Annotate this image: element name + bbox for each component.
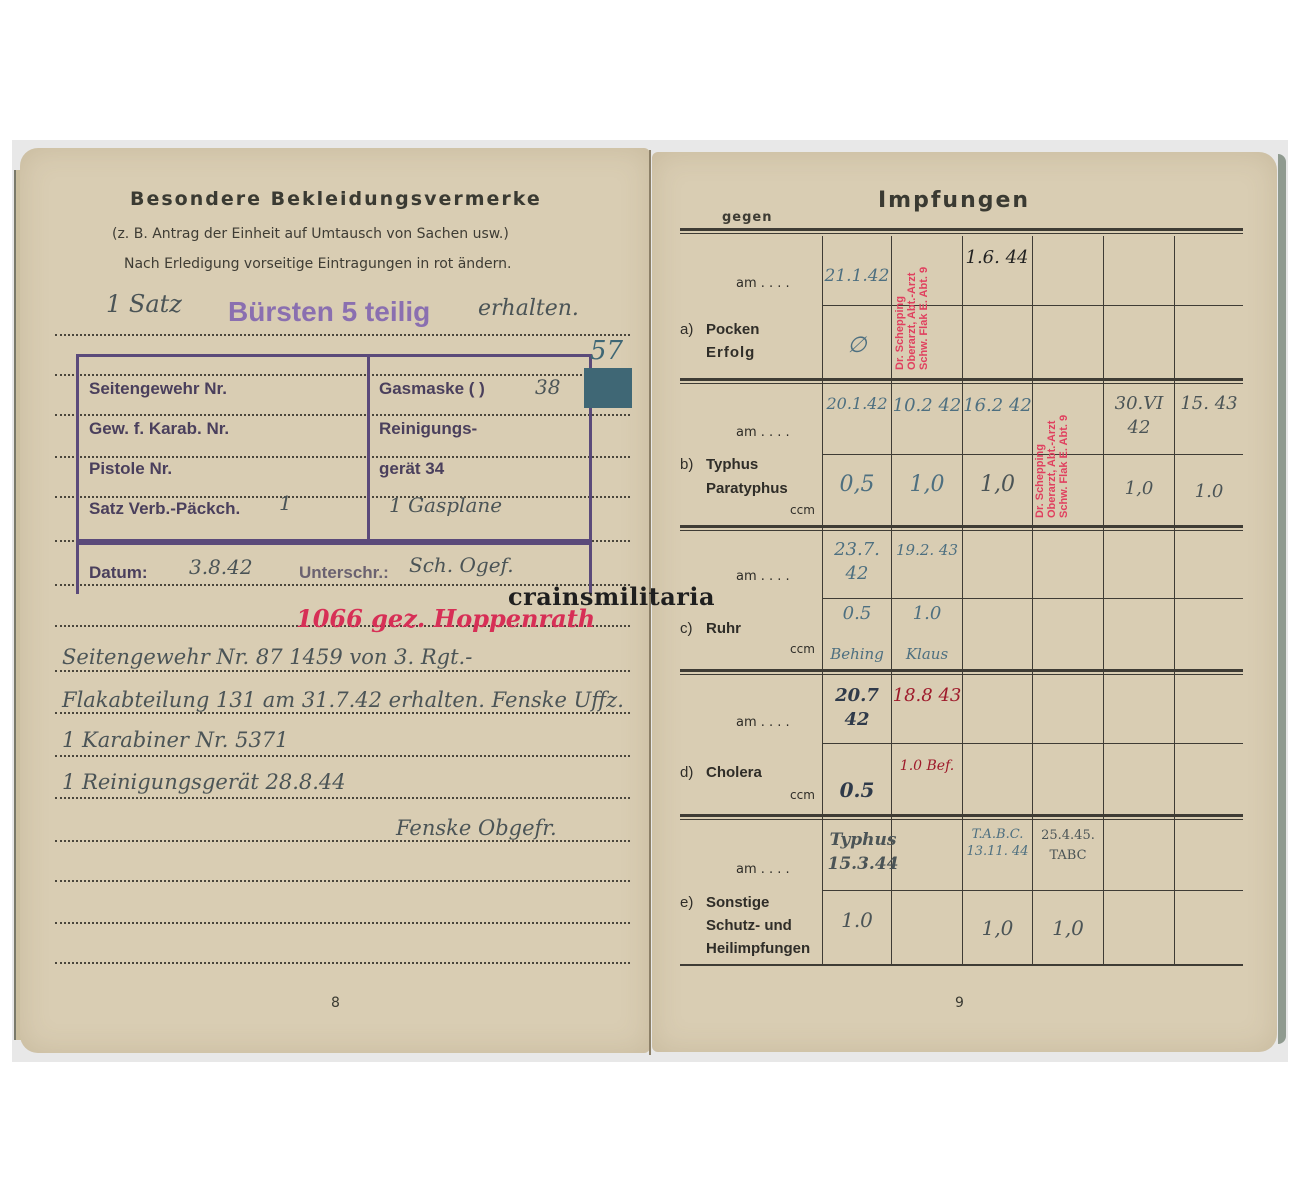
cell-value: 1,0 — [963, 473, 1032, 497]
stamp-line: Schw. Flak E. Abt. 9 — [1058, 415, 1070, 518]
dotted-line — [55, 880, 630, 882]
dotted-line — [55, 755, 630, 757]
am-label: am . . . . — [736, 276, 790, 291]
corner-number-mark: 57 — [590, 336, 623, 366]
ccm-label: ccm — [790, 642, 815, 656]
handwritten-line: 1 Karabiner Nr. 5371 — [62, 728, 289, 752]
cell-value: 1,0 — [1033, 916, 1103, 940]
cell-value: ∅ — [823, 334, 891, 358]
stamp-field-label: Gasmaske ( ) — [379, 379, 485, 399]
cell-value: 0.5 — [823, 602, 891, 626]
row-midline — [823, 305, 1243, 306]
blue-ink-mark — [584, 368, 632, 408]
dotted-line — [55, 797, 630, 799]
cell-value: 1.0 — [823, 908, 891, 932]
row-label: Ruhr — [706, 620, 741, 637]
am-label: am . . . . — [736, 862, 790, 877]
dotted-line — [55, 962, 630, 964]
cell-date: 25.4.45. TABC — [1033, 826, 1103, 866]
right-page-title: Impfungen — [878, 188, 1030, 213]
cell-signature: Klaus — [892, 642, 962, 666]
stamp-line: Oberarzt, Abt.-Arzt — [906, 273, 918, 370]
doctor-stamp-pocken: Dr. Schepping Oberarzt, Abt.-Arzt Schw. … — [894, 250, 930, 370]
cell-date: 18.8 43 — [892, 684, 962, 708]
watermark-text: crainsmilitaria — [508, 582, 715, 611]
stamp-field-value: 1 — [279, 491, 292, 515]
stamp-datum-value: 3.8.42 — [189, 555, 253, 579]
handwritten-1-satz: 1 Satz — [106, 290, 182, 318]
table-rule — [680, 228, 1243, 234]
row-label: Erfolg — [706, 344, 755, 361]
row-label: Sonstige — [706, 894, 769, 911]
stamp-field-value: 1 Gasplane — [389, 493, 502, 517]
page-number-right: 9 — [955, 995, 964, 1011]
cell-date: 19.2. 43 — [892, 538, 962, 562]
row-key: c) — [680, 620, 693, 637]
dotted-line — [55, 712, 630, 714]
row-label: Schutz- und — [706, 917, 792, 934]
cell-value: 0,5 — [823, 473, 891, 497]
row-key: a) — [680, 321, 693, 338]
cell-value: 1,0 — [963, 916, 1032, 940]
gegen-label: gegen — [722, 210, 773, 225]
stamp-field-label: Satz Verb.-Päckch. — [89, 499, 240, 519]
row-key: d) — [680, 764, 693, 781]
am-label: am . . . . — [736, 715, 790, 730]
handwritten-erhalten: erhalten. — [478, 296, 579, 321]
stamp-field-value: 38 — [535, 375, 560, 399]
cell-date: 23.7. 42 — [823, 538, 891, 586]
dotted-line — [55, 922, 630, 924]
stamp-field-label: Gew. f. Karab. Nr. — [89, 419, 229, 439]
row-midline — [823, 454, 1243, 455]
left-page-title: Besondere Bekleidungsvermerke — [130, 188, 542, 210]
cell-date: 20.7 42 — [823, 684, 891, 732]
row-key: b) — [680, 456, 693, 473]
stamp-datum-label: Datum: — [89, 563, 148, 583]
cell-date: 1.6. 44 — [963, 246, 1031, 270]
cell-value: 1.0 — [892, 602, 962, 626]
dotted-line — [55, 334, 630, 336]
cell-date: 15. 43 — [1175, 392, 1243, 416]
cell-value: 1.0 Bef. — [892, 754, 962, 778]
row-label: Pocken — [706, 321, 759, 338]
am-label: am . . . . — [736, 569, 790, 584]
row-label: Cholera — [706, 764, 762, 781]
row-label: Typhus — [706, 456, 758, 473]
dotted-line — [55, 840, 630, 842]
table-rule — [680, 964, 1243, 966]
doctor-stamp-typhus: Dr. Schepping Oberarzt, Abt.-Arzt Schw. … — [1034, 388, 1070, 518]
column-line — [1174, 236, 1175, 964]
row-key: e) — [680, 894, 693, 911]
left-page-subtitle-2: Nach Erledigung vorseitige Eintragungen … — [124, 256, 512, 272]
dotted-line — [55, 670, 630, 672]
booklet-cover-edge — [1278, 154, 1286, 1044]
column-line — [1103, 236, 1104, 964]
stamp-unterschrift-value: Sch. Ogef. — [409, 553, 514, 577]
am-label: am . . . . — [736, 425, 790, 440]
row-label: Heilimpfungen — [706, 940, 810, 957]
ccm-label: ccm — [790, 788, 815, 802]
stamp-field-label: Pistole Nr. — [89, 459, 172, 479]
stamp-field-label: Reinigungs- — [379, 419, 477, 439]
stamp-field-label: gerät 34 — [379, 459, 444, 479]
stamp-buersten: Bürsten 5 teilig — [228, 296, 430, 328]
stamp-field-label: Seitengewehr Nr. — [89, 379, 227, 399]
cell-date: Typhus 15.3.44 — [823, 828, 903, 876]
cell-value: 1,0 — [892, 473, 962, 497]
stamp-unterschrift-label: Unterschr.: — [299, 563, 389, 583]
row-midline — [823, 598, 1243, 599]
page-number-left: 8 — [331, 995, 340, 1011]
row-label: Paratyphus — [706, 480, 788, 497]
stamp-line: Oberarzt, Abt.-Arzt — [1046, 421, 1058, 518]
ccm-label: ccm — [790, 503, 815, 517]
stamp-line: Schw. Flak E. Abt. 9 — [918, 267, 930, 370]
cell-date: 21.1.42 — [823, 264, 891, 288]
equipment-stamp-box: Seitengewehr Nr. Gew. f. Karab. Nr. Pist… — [76, 354, 592, 545]
stamp-line: Dr. Schepping — [894, 296, 906, 370]
cell-date: 10.2 42 — [892, 394, 962, 418]
row-midline — [823, 743, 1243, 744]
cell-value: 1.0 — [1175, 480, 1243, 504]
left-page-subtitle-1: (z. B. Antrag der Einheit auf Umtausch v… — [112, 226, 509, 242]
cell-signature: Behing — [823, 642, 891, 666]
handwritten-line: Seitengewehr Nr. 87 1459 von 3. Rgt.- — [62, 645, 472, 669]
cell-date: 20.1.42 — [823, 392, 891, 416]
handwritten-signature: Fenske Obgefr. — [396, 816, 557, 840]
cell-value: 1,0 — [1104, 477, 1174, 501]
handwritten-line: Flakabteilung 131 am 31.7.42 erhalten. F… — [62, 688, 624, 712]
handwritten-line: 1 Reinigungsgerät 28.8.44 — [62, 770, 346, 794]
stamp-line: Dr. Schepping — [1034, 444, 1046, 518]
row-midline — [823, 890, 1243, 891]
cell-date: 30.VI 42 — [1104, 392, 1174, 440]
cell-date: T.A.B.C. 13.11. 44 — [963, 826, 1032, 860]
stamp-divider-vertical — [367, 357, 370, 542]
cell-date: 16.2 42 — [963, 394, 1032, 418]
cell-value: 0.5 — [823, 778, 891, 802]
